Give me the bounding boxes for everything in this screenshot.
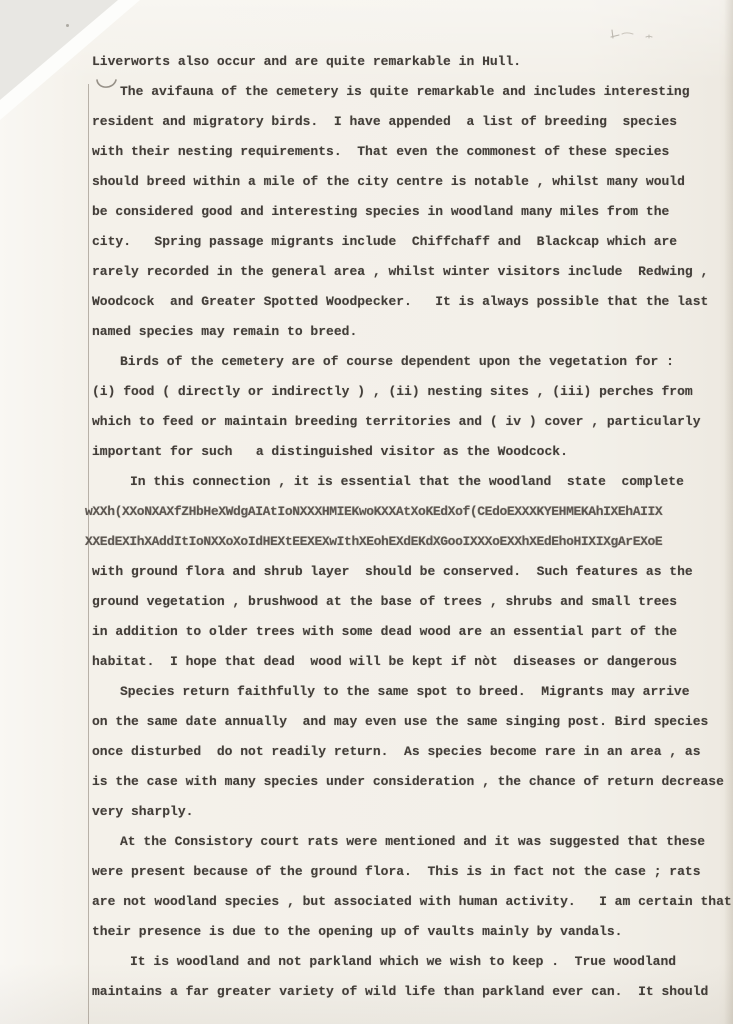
pencil-squiggle-icon [95,77,119,93]
typed-text-block: Liverworts also occur and are quite rema… [92,47,720,1007]
text-line: which to feed or maintain breeding terri… [92,407,720,437]
text-line: on the same date annually and may even u… [92,707,720,737]
text-line: were present because of the ground flora… [92,857,720,887]
text-line: maintains a far greater variety of wild … [92,977,720,1007]
text-line: ground vegetation , brushwood at the bas… [92,587,720,617]
text-line: It is woodland and not parkland which we… [92,947,720,977]
scan-edge-shadow [724,0,733,1024]
text-line: The avifauna of the cemetery is quite re… [92,77,720,107]
pencil-mark-icon [608,24,664,46]
text-line: Species return faithfully to the same sp… [92,677,720,707]
text-line: rarely recorded in the general area , wh… [92,257,720,287]
text-line: city. Spring passage migrants include Ch… [92,227,720,257]
struck-out-line: XXEdEXIhXAddItIoNXXoXoIdHEXtEEXEXwIthXEo… [85,527,720,557]
text-line: with their nesting requirements. That ev… [92,137,720,167]
text-line: important for such a distinguished visit… [92,437,720,467]
text-line: with ground flora and shrub layer should… [92,557,720,587]
text-line: Woodcock and Greater Spotted Woodpecker.… [92,287,720,317]
text-line: should breed within a mile of the city c… [92,167,720,197]
text-line: are not woodland species , but associate… [92,887,720,917]
document-page: Liverworts also occur and are quite rema… [0,0,733,1024]
text-line: their presence is due to the opening up … [92,917,720,947]
text-line: Birds of the cemetery are of course depe… [92,347,720,377]
text-line: At the Consistory court rats were mentio… [92,827,720,857]
text-line: (i) food ( directly or indirectly ) , (i… [92,377,720,407]
text-line: Liverworts also occur and are quite rema… [92,47,720,77]
text-line: in addition to older trees with some dea… [92,617,720,647]
text-line: is the case with many species under cons… [92,767,720,797]
text-line: habitat. I hope that dead wood will be k… [92,647,720,677]
text-line: be considered good and interesting speci… [92,197,720,227]
ink-speck-icon [66,24,69,27]
text-line: named species may remain to breed. [92,317,720,347]
text-line: very sharply. [92,797,720,827]
text-line: In this connection , it is essential tha… [92,467,720,497]
text-line: once disturbed do not readily return. As… [92,737,720,767]
text-line: resident and migratory birds. I have app… [92,107,720,137]
struck-out-line: wXXh(XXoNXAXfZHbHeXWdgAIAtIoNXXXHMIEKwoK… [85,497,720,527]
